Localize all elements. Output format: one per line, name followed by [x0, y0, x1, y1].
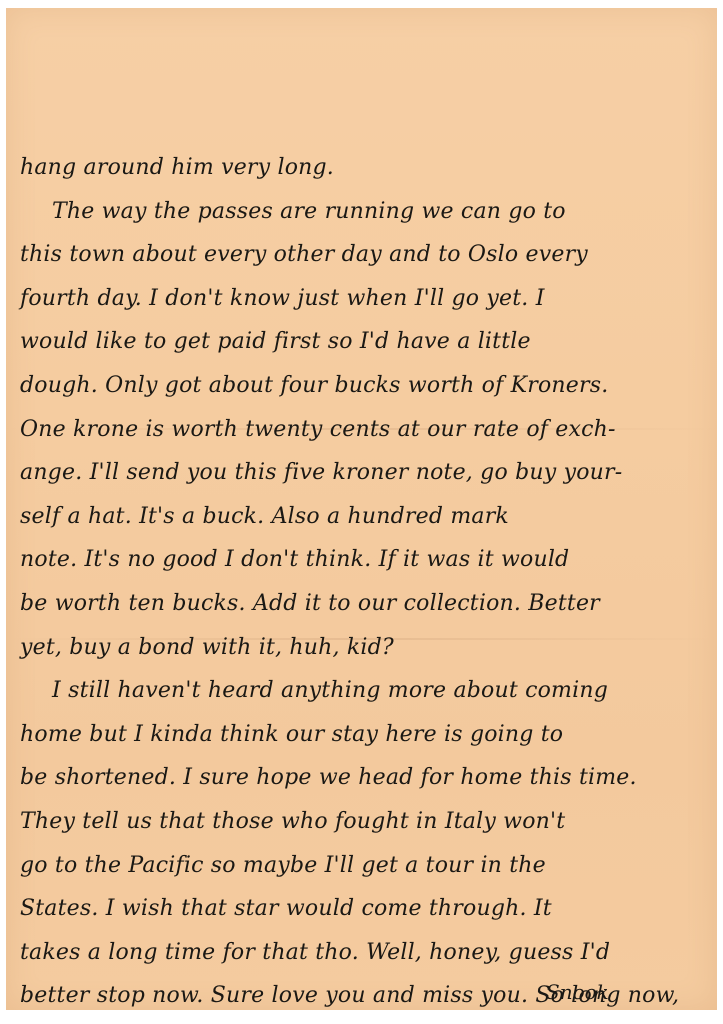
- letter-line: hang around him very long.: [20, 146, 709, 190]
- letter-line: be shortened. I sure hope we head for ho…: [20, 756, 709, 800]
- letter-line: States. I wish that star would come thro…: [20, 887, 709, 931]
- letter-line: home but I kinda think our stay here is …: [20, 713, 709, 757]
- letter-line: note. It's no good I don't think. If it …: [20, 538, 709, 582]
- letter-line: The way the passes are running we can go…: [20, 190, 709, 234]
- letter-line: I still haven't heard anything more abou…: [20, 669, 709, 713]
- letter-body: hang around him very long. The way the p…: [20, 146, 709, 1018]
- letter-line: They tell us that those who fought in It…: [20, 800, 709, 844]
- letter-line: self a hat. It's a buck. Also a hundred …: [20, 495, 709, 539]
- letter-line: One krone is worth twenty cents at our r…: [20, 408, 709, 452]
- signature: Snook: [546, 980, 609, 1004]
- letter-line: yet, buy a bond with it, huh, kid?: [20, 626, 709, 670]
- letter-line: be worth ten bucks. Add it to our collec…: [20, 582, 709, 626]
- letter-line: would like to get paid first so I'd have…: [20, 320, 709, 364]
- letter-line: this town about every other day and to O…: [20, 233, 709, 277]
- letter-line: fourth day. I don't know just when I'll …: [20, 277, 709, 321]
- letter-line: go to the Pacific so maybe I'll get a to…: [20, 844, 709, 888]
- letter-line: takes a long time for that tho. Well, ho…: [20, 931, 709, 975]
- letter-page: hang around him very long. The way the p…: [6, 8, 717, 1010]
- letter-line: ange. I'll send you this five kroner not…: [20, 451, 709, 495]
- letter-line: dough. Only got about four bucks worth o…: [20, 364, 709, 408]
